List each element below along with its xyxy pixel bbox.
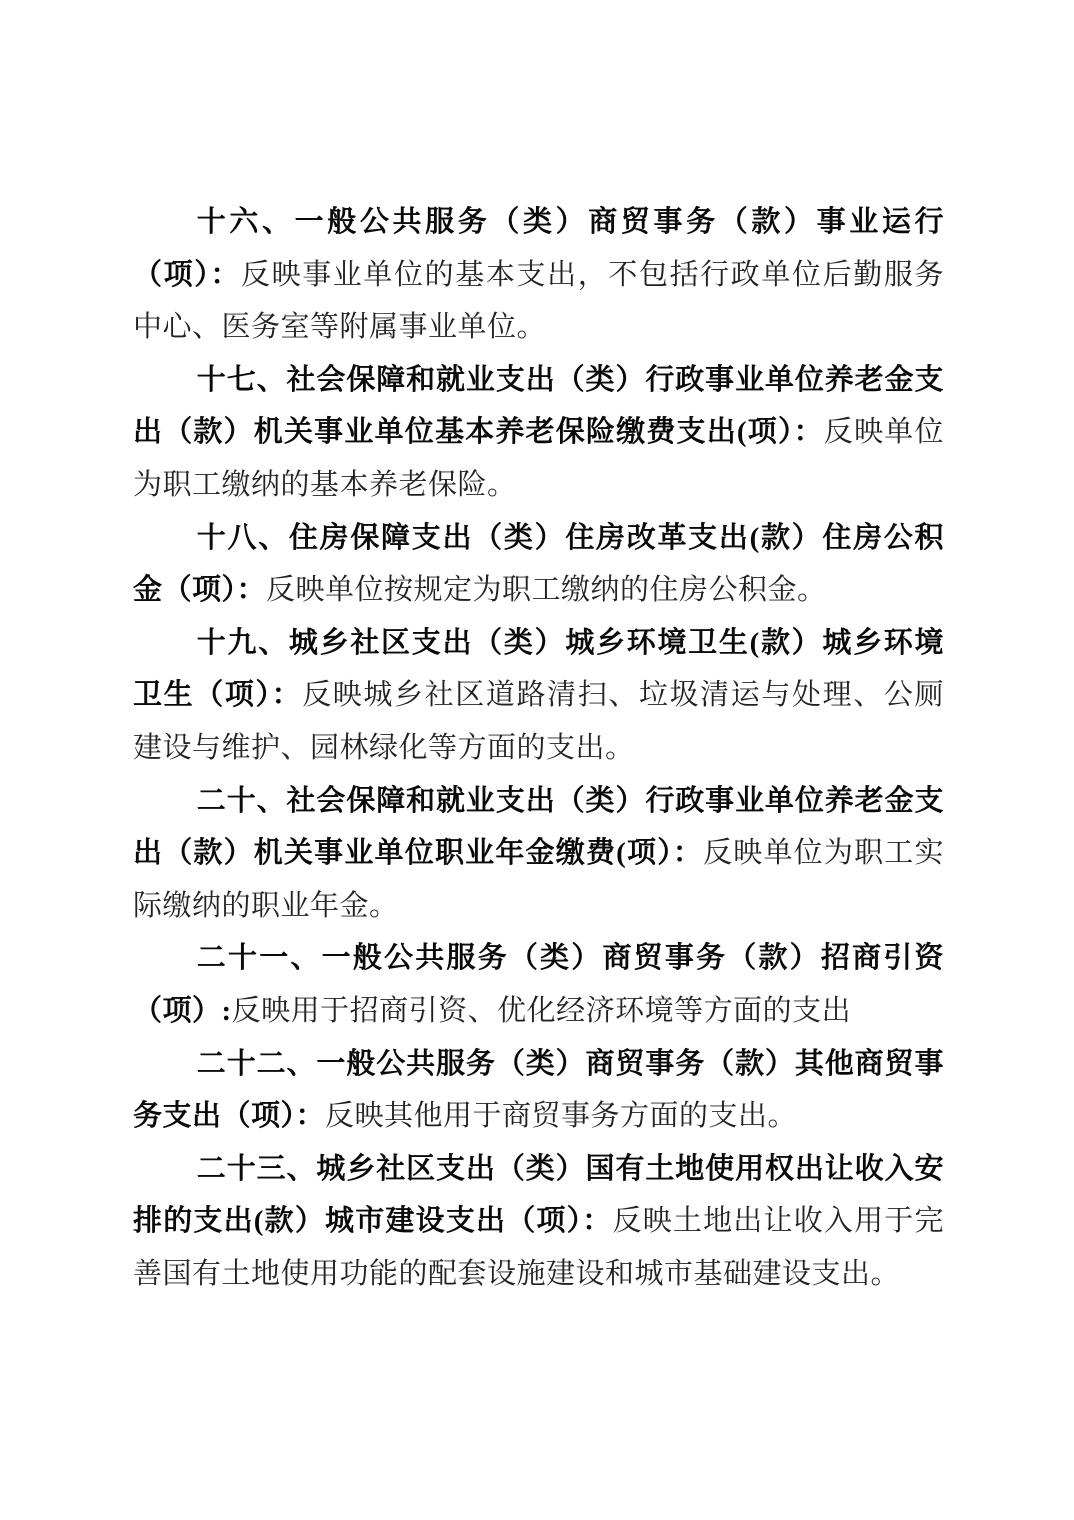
paragraph-22-body: 反映其他用于商贸事务方面的支出。 [325, 1100, 797, 1132]
paragraph-21: 二十一、一般公共服务（类）商贸事务（款）招商引资（项）:反映用于招商引资、优化经… [133, 932, 944, 1037]
paragraph-16-body: 反映事业单位的基本支出，不包括行政单位后勤服务中心、医务室等附属事业单位。 [133, 259, 944, 344]
document-body: 十六、一般公共服务（类）商贸事务（款）事业运行（项）：反映事业单位的基本支出，不… [0, 0, 1074, 1300]
paragraph-16: 十六、一般公共服务（类）商贸事务（款）事业运行（项）：反映事业单位的基本支出，不… [133, 196, 944, 354]
paragraph-21-body: 反映用于招商引资、优化经济环境等方面的支出 [232, 995, 852, 1027]
paragraph-23: 二十三、城乡社区支出（类）国有土地使用权出让收入安排的支出(款）城市建设支出（项… [133, 1143, 944, 1301]
paragraph-18-body: 反映单位按规定为职工缴纳的住房公积金。 [266, 574, 827, 606]
paragraph-20: 二十、社会保障和就业支出（类）行政事业单位养老金支出（款）机关事业单位职业年金缴… [133, 775, 944, 933]
document-page: 十六、一般公共服务（类）商贸事务（款）事业运行（项）：反映事业单位的基本支出，不… [0, 0, 1074, 1520]
paragraph-17-heading: 十七、社会保障和就业支出（类）行政事业单位养老金支出（款）机关事业单位基本养老保… [133, 364, 944, 449]
paragraph-18: 十八、住房保障支出（类）住房改革支出(款）住房公积金（项）：反映单位按规定为职工… [133, 512, 944, 617]
paragraph-22: 二十二、一般公共服务（类）商贸事务（款）其他商贸事务支出（项）：反映其他用于商贸… [133, 1038, 944, 1143]
paragraph-19: 十九、城乡社区支出（类）城乡环境卫生(款）城乡环境卫生（项）：反映城乡社区道路清… [133, 617, 944, 775]
paragraph-17: 十七、社会保障和就业支出（类）行政事业单位养老金支出（款）机关事业单位基本养老保… [133, 354, 944, 512]
